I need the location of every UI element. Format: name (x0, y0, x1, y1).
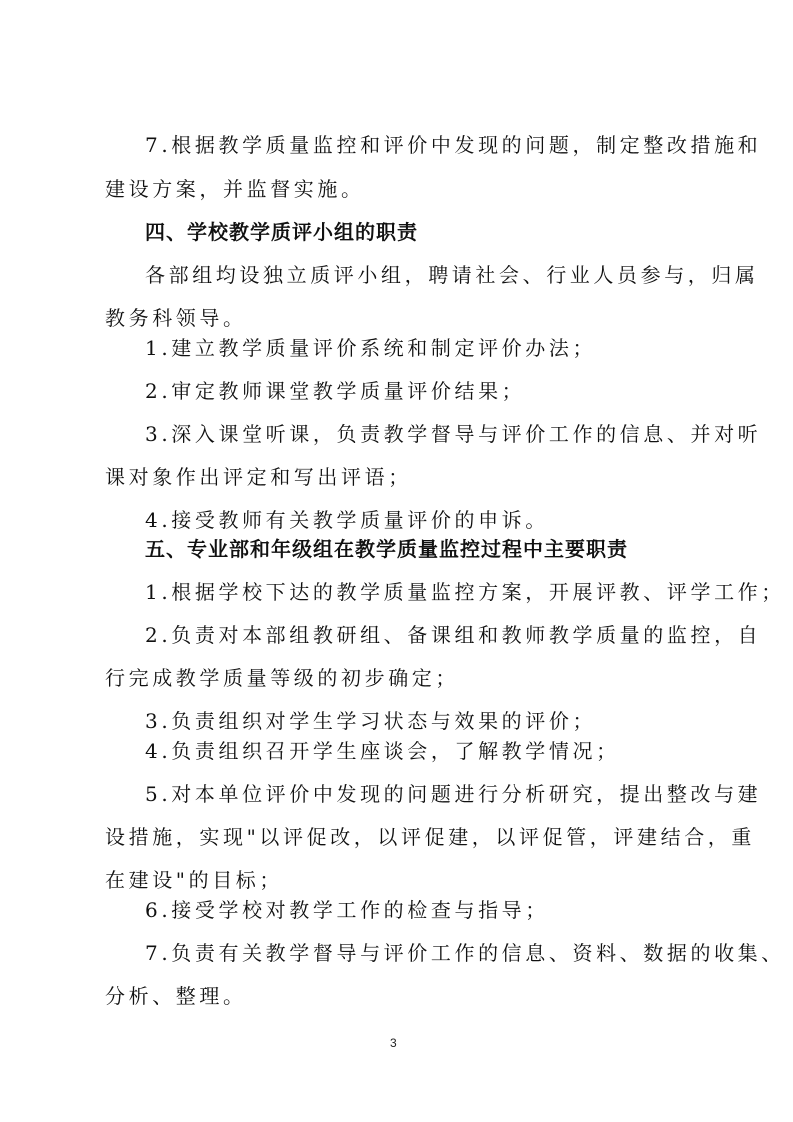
paragraph-line: 行完成教学质量等级的初步确定； (105, 664, 695, 692)
list-item: 4.接受教师有关教学质量评价的申诉。 (145, 506, 735, 534)
paragraph-line: 教务科领导。 (105, 304, 695, 332)
paragraph-line: 分析、整理。 (105, 982, 695, 1010)
paragraph-line: 7.根据教学质量监控和评价中发现的问题，制定整改措施和 (145, 131, 735, 159)
paragraph-line: 各部组均设独立质评小组，聘请社会、行业人员参与，归属 (145, 261, 735, 289)
section-heading-4: 四、学校教学质评小组的职责 (145, 218, 735, 246)
list-item: 2.审定教师课堂教学质量评价结果； (145, 377, 735, 405)
list-item: 4.负责组织召开学生座谈会，了解教学情况； (145, 737, 735, 765)
list-item: 3.深入课堂听课，负责教学督导与评价工作的信息、并对听 (145, 420, 735, 448)
list-item: 3.负责组织对学生学习状态与效果的评价； (145, 707, 735, 735)
paragraph-line: 在建设"的目标； (105, 866, 695, 894)
list-item: 5.对本单位评价中发现的问题进行分析研究，提出整改与建 (145, 780, 735, 808)
paragraph-line: 课对象作出评定和写出评语； (105, 463, 695, 491)
paragraph-line: 建设方案，并监督实施。 (105, 175, 695, 203)
list-item: 1.根据学校下达的教学质量监控方案，开展评教、评学工作； (145, 578, 735, 606)
page-number: 3 (390, 1036, 397, 1050)
list-item: 2.负责对本部组教研组、备课组和教师教学质量的监控，自 (145, 621, 735, 649)
section-heading-5: 五、专业部和年级组在教学质量监控过程中主要职责 (145, 535, 735, 563)
list-item: 7.负责有关教学督导与评价工作的信息、资料、数据的收集、 (145, 939, 735, 967)
list-item: 1.建立教学质量评价系统和制定评价办法； (145, 334, 735, 362)
document-page: 7.根据教学质量监控和评价中发现的问题，制定整改措施和 建设方案，并监督实施。 … (0, 0, 793, 1122)
paragraph-line: 设措施，实现"以评促改，以评促建，以评促管，评建结合，重 (105, 823, 695, 851)
list-item: 6.接受学校对教学工作的检查与指导； (145, 896, 735, 924)
